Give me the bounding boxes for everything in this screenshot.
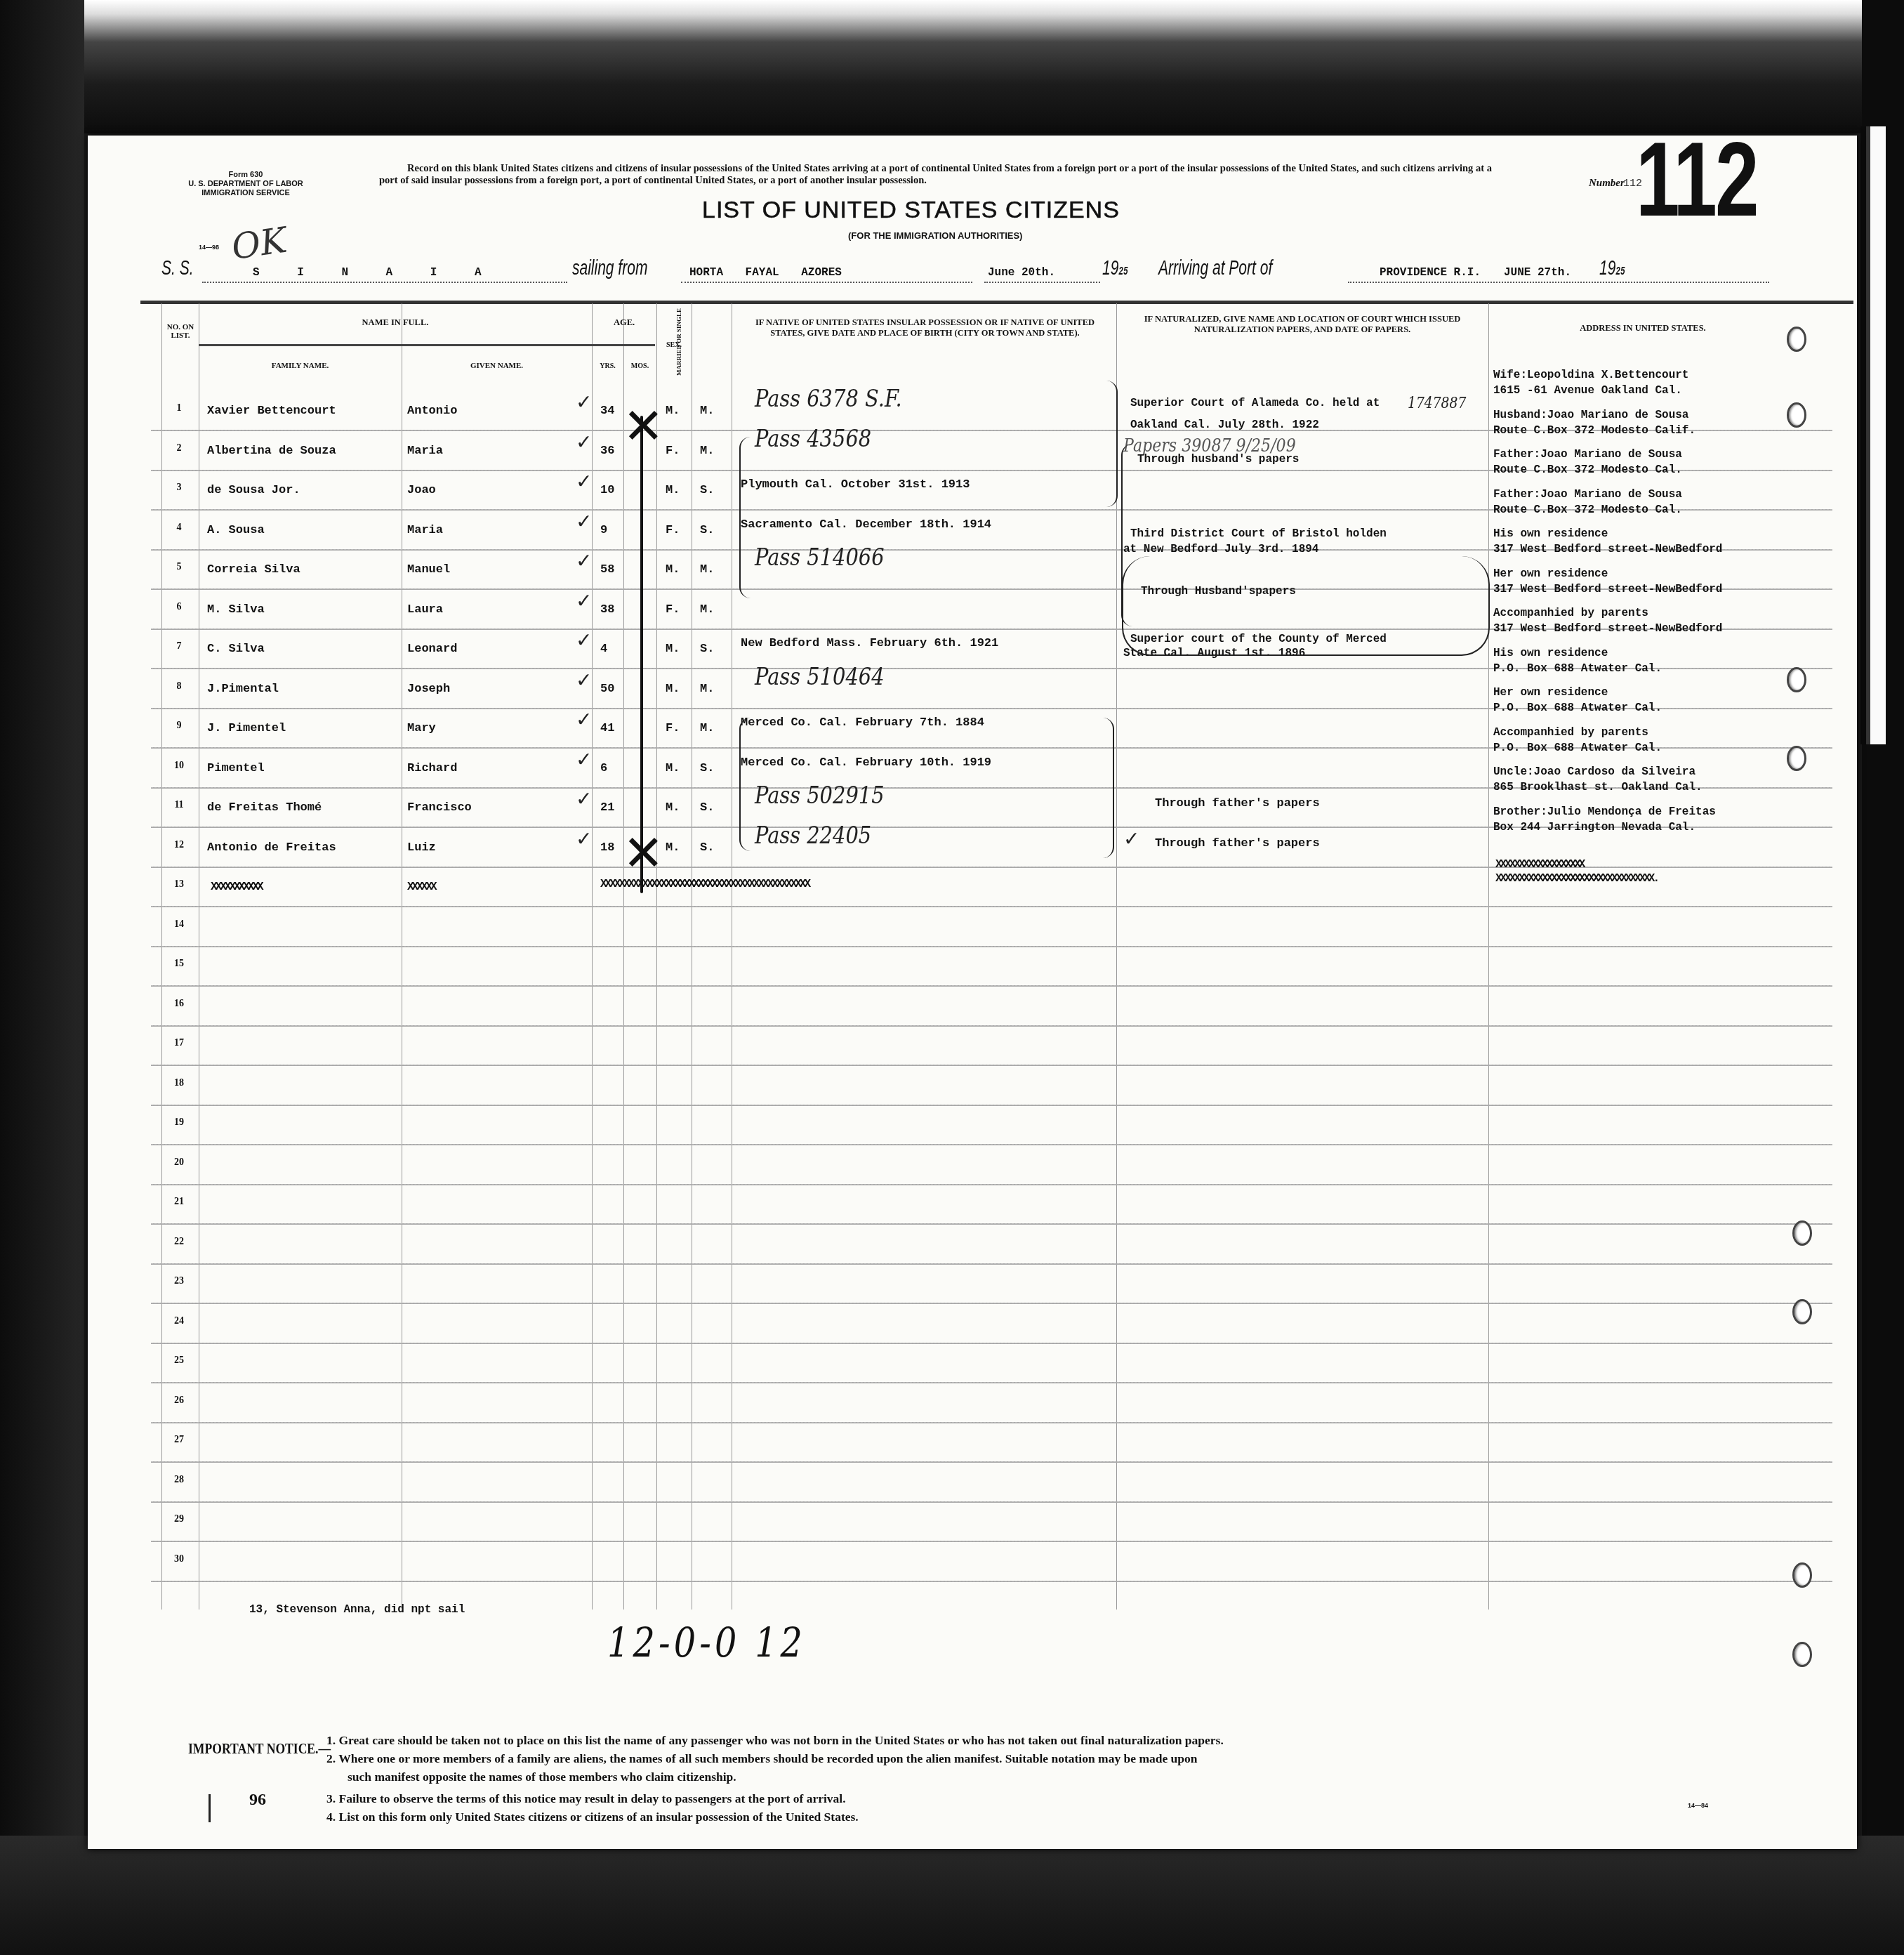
row-rule bbox=[151, 906, 1832, 907]
binding-strip-edge bbox=[1866, 126, 1886, 744]
header-naturalization: IF NATURALIZED, GIVE NAME AND LOCATION O… bbox=[1123, 314, 1481, 335]
given-name: Manuel bbox=[407, 563, 450, 577]
form-number: Form 630 bbox=[168, 171, 323, 180]
check-mark-icon: ✓ bbox=[576, 787, 592, 810]
address-line-2: 317 West Bedford street-NewBedford bbox=[1493, 542, 1722, 556]
arrival-port: PROVIDENCE R.I. bbox=[1380, 266, 1481, 279]
arrival-year-prefix: 19 bbox=[1599, 256, 1615, 279]
row-number: 19 bbox=[165, 1117, 193, 1128]
row-number: 14 bbox=[165, 919, 193, 930]
age-years: 34 bbox=[600, 404, 614, 418]
row-number: 29 bbox=[165, 1514, 193, 1525]
header-address: ADDRESS IN UNITED STATES. bbox=[1488, 323, 1797, 334]
family-bracket bbox=[1092, 718, 1114, 858]
passport-handwritten: Pass 22405 bbox=[755, 822, 871, 850]
scan-border-left bbox=[0, 0, 84, 1955]
notice-item-2: 2. Where one or more members of a family… bbox=[326, 1751, 1198, 1766]
check-mark-icon: ✓ bbox=[576, 510, 592, 533]
address-line-1: Uncle:Joao Cardoso da Silveira bbox=[1493, 765, 1695, 779]
passenger-table: No. on List. Name in Full. Family Name. … bbox=[151, 303, 1832, 1610]
header-mos: Mos. bbox=[623, 361, 656, 371]
sex: M. bbox=[666, 563, 680, 577]
age-years: 50 bbox=[600, 683, 614, 696]
row-number: 4 bbox=[165, 522, 193, 534]
departure-port: HORTA FAYAL AZORES bbox=[689, 266, 842, 279]
row-number: 15 bbox=[165, 959, 193, 970]
age-years: 10 bbox=[600, 484, 614, 497]
notice-item-3: 3. Failure to observe the terms of this … bbox=[326, 1791, 846, 1806]
row-number: 6 bbox=[165, 602, 193, 613]
family-bracket bbox=[739, 718, 762, 851]
row-number: 3 bbox=[165, 482, 193, 494]
arrival-port-field-line bbox=[1348, 282, 1769, 283]
address-line-1: Her own residence bbox=[1493, 685, 1608, 699]
given-name: Luiz bbox=[407, 841, 436, 855]
header-given-name: Given Name. bbox=[402, 361, 592, 371]
row-rule bbox=[151, 1422, 1832, 1423]
row-rule bbox=[151, 1303, 1832, 1304]
departure-year-suffix: 25 bbox=[1118, 265, 1128, 278]
nat-silva-line1: Third District Court of Bristol holden bbox=[1130, 527, 1387, 541]
notice-label: IMPORTANT NOTICE.— bbox=[188, 1742, 331, 1758]
col-divider bbox=[1488, 303, 1489, 1610]
departure-port-field-line bbox=[681, 282, 972, 283]
given-name: Maria bbox=[407, 524, 443, 537]
check-mark-icon: ✓ bbox=[576, 549, 592, 572]
row-rule bbox=[151, 1105, 1832, 1106]
scan-border-top bbox=[0, 0, 1904, 133]
arrival-year-suffix: 25 bbox=[1615, 265, 1625, 278]
row-number: 18 bbox=[165, 1078, 193, 1089]
given-name: Antonio bbox=[407, 404, 457, 418]
given-name: Mary bbox=[407, 722, 436, 735]
arriving-label: Arriving at Port of bbox=[1158, 256, 1272, 280]
punch-hole bbox=[1792, 1642, 1812, 1667]
marital-status: S. bbox=[700, 524, 714, 537]
page-mark: 96 bbox=[249, 1791, 266, 1810]
notice-item-2-cont: such manifest opposite the names of thos… bbox=[348, 1770, 736, 1784]
page-subtitle: (FOR THE IMMIGRATION AUTHORITIES) bbox=[848, 230, 1022, 241]
address-line-2: P.O. Box 688 Atwater Cal. bbox=[1493, 701, 1662, 715]
family-bracket bbox=[1122, 556, 1490, 656]
nat-bettencourt-cert-number: 1747887 bbox=[1408, 395, 1466, 412]
family-name: Correia Silva bbox=[207, 563, 300, 577]
row-rule bbox=[151, 1065, 1832, 1066]
header-no-on-list: No. on List. bbox=[161, 323, 200, 340]
check-mark-icon: ✓ bbox=[576, 390, 592, 414]
age-years: 9 bbox=[600, 524, 607, 537]
family-name: J. Pimentel bbox=[207, 722, 286, 735]
punch-hole bbox=[1787, 667, 1806, 692]
address-line-1: Father:Joao Mariano de Sousa bbox=[1493, 447, 1682, 461]
x-mark-icon: ✕ bbox=[623, 829, 664, 878]
address-line-2: 865 Brooklhast st. Oakland Cal. bbox=[1493, 780, 1703, 794]
check-mark-icon: ✓ bbox=[576, 470, 592, 493]
ss-label: S. S. bbox=[161, 256, 194, 280]
ship-name: S I N A I A bbox=[253, 266, 497, 279]
row-rule bbox=[151, 1223, 1832, 1225]
sex: F. bbox=[666, 603, 680, 617]
sex: M. bbox=[666, 801, 680, 815]
row-number: 10 bbox=[165, 761, 193, 772]
col-divider bbox=[692, 303, 692, 1610]
row-number: 5 bbox=[165, 562, 193, 573]
age-years: 58 bbox=[600, 563, 614, 577]
family-name: C. Silva bbox=[207, 643, 265, 656]
row-rule bbox=[151, 1144, 1832, 1145]
marital-status: S. bbox=[700, 762, 714, 775]
family-name: M. Silva bbox=[207, 603, 265, 617]
struck-family-name: XXXXXXXXXXX bbox=[211, 881, 316, 893]
row-number: 27 bbox=[165, 1435, 193, 1446]
passport-handwritten: Pass 43568 bbox=[755, 425, 871, 453]
row-number: 11 bbox=[165, 800, 193, 811]
footer-code: 14—84 bbox=[1688, 1802, 1708, 1809]
col-divider bbox=[402, 303, 402, 1610]
row-rule bbox=[151, 985, 1832, 987]
row-number: 8 bbox=[165, 681, 193, 692]
sex: M. bbox=[666, 841, 680, 855]
marital-status: S. bbox=[700, 643, 714, 656]
age-years: 18 bbox=[600, 841, 614, 855]
passport-handwritten: Pass 510464 bbox=[755, 663, 885, 691]
passport-handwritten: Pass 6378 S.F. bbox=[755, 385, 902, 413]
given-name: Richard bbox=[407, 762, 457, 775]
marital-status: S. bbox=[700, 801, 714, 815]
header-married-or-single: Married or Single bbox=[674, 303, 685, 381]
nat-bettencourt-line1: Superior Court of Alameda Co. held at bbox=[1130, 396, 1380, 410]
departure-year-prefix: 19 bbox=[1102, 256, 1118, 279]
sex: M. bbox=[666, 484, 680, 497]
check-mark-icon: ✓ bbox=[576, 430, 592, 454]
sex: F. bbox=[666, 445, 680, 458]
col-divider bbox=[161, 303, 162, 1610]
col-divider bbox=[199, 303, 199, 1610]
sex: M. bbox=[666, 762, 680, 775]
form-code: 14—98 bbox=[199, 244, 219, 251]
age-years: 41 bbox=[600, 722, 614, 735]
header-family-name: Family Name. bbox=[199, 361, 402, 371]
address-line-1: Wife:Leopoldina X.Bettencourt bbox=[1493, 368, 1688, 382]
voyage-line: S. S. S I N A I A sailing from HORTA FAY… bbox=[161, 256, 1706, 289]
row-number: 28 bbox=[165, 1475, 193, 1486]
header-name-in-full: Name in Full. bbox=[199, 317, 592, 328]
family-name: Albertina de Souza bbox=[207, 445, 336, 458]
struck-address-1: XXXXXXXXXXXXXXXXXXX bbox=[1495, 858, 1678, 871]
address-line-2: Route C.Box 372 Modesto Calif. bbox=[1493, 423, 1695, 437]
page-mark-bar bbox=[209, 1794, 211, 1822]
form-instructions: Record on this blank United States citiz… bbox=[379, 163, 1509, 187]
check-mark-icon: ✓ bbox=[1123, 827, 1139, 850]
check-mark-icon: ✓ bbox=[576, 748, 592, 771]
given-name: Joseph bbox=[407, 683, 450, 696]
given-name: Laura bbox=[407, 603, 443, 617]
given-name: Leonard bbox=[407, 643, 457, 656]
row-number: 9 bbox=[165, 720, 193, 732]
row-number: 26 bbox=[165, 1395, 193, 1407]
age-years: 38 bbox=[600, 603, 614, 617]
passport-handwritten: Pass 514066 bbox=[755, 544, 885, 572]
given-name: Joao bbox=[407, 484, 436, 497]
nat-souza-typed: Through husband's papers bbox=[1137, 452, 1299, 466]
col-divider bbox=[732, 303, 732, 1610]
row-rule bbox=[151, 1501, 1832, 1503]
marital-status: M. bbox=[700, 404, 714, 418]
punch-hole bbox=[1787, 746, 1806, 771]
marital-status: S. bbox=[700, 841, 714, 855]
address-line-2: Box 244 Jarrington Nevada Cal. bbox=[1493, 820, 1695, 834]
row-rule bbox=[151, 1581, 1832, 1582]
row-number: 20 bbox=[165, 1157, 193, 1169]
department-name: U. S. DEPARTMENT OF LABOR bbox=[168, 180, 323, 189]
marital-status: M. bbox=[700, 603, 714, 617]
col-divider bbox=[623, 303, 624, 1610]
row-number: 2 bbox=[165, 443, 193, 454]
address-line-2: 317 West Bedford street-NewBedford bbox=[1493, 621, 1722, 636]
address-line-1: Husband:Joao Mariano de Sousa bbox=[1493, 408, 1688, 422]
age-years: 36 bbox=[600, 445, 614, 458]
notice-item-1: 1. Great care should be taken not to pla… bbox=[326, 1733, 1224, 1748]
row-number: 1 bbox=[165, 403, 193, 414]
nat-silva-line2: at New Bedford July 3rd. 1894 bbox=[1123, 542, 1318, 556]
handwritten-tally: 12-0-0 12 bbox=[607, 1619, 806, 1666]
address-line-2: P.O. Box 688 Atwater Cal. bbox=[1493, 741, 1662, 755]
struck-given-name: XXXXXX bbox=[407, 881, 463, 893]
sex: F. bbox=[666, 524, 680, 537]
given-name: Francisco bbox=[407, 801, 472, 815]
header-birth-place: IF NATIVE OF UNITED STATES INSULAR POSSE… bbox=[741, 317, 1109, 338]
departure-date: June 20th. bbox=[988, 266, 1055, 279]
row-rule bbox=[151, 1461, 1832, 1463]
check-mark-icon: ✓ bbox=[576, 708, 592, 731]
address-line-2: Route C.Box 372 Modesto Cal. bbox=[1493, 463, 1682, 477]
family-name: J.Pimental bbox=[207, 683, 279, 696]
row-rule bbox=[151, 1184, 1832, 1185]
address-line-2: 1615 -61 Avenue Oakland Cal. bbox=[1493, 383, 1682, 397]
punch-hole bbox=[1787, 402, 1806, 428]
given-name: Maria bbox=[407, 445, 443, 458]
header-age: Age. bbox=[592, 317, 656, 328]
address-line-1: Brother:Julio Mendonça de Freitas bbox=[1493, 805, 1716, 819]
col-divider bbox=[656, 303, 657, 1610]
punch-hole bbox=[1792, 1220, 1812, 1246]
punch-hole bbox=[1787, 327, 1806, 352]
row-rule bbox=[151, 1343, 1832, 1344]
x-mark-icon: ✕ bbox=[623, 402, 664, 451]
age-years: 21 bbox=[600, 801, 614, 815]
notice-item-4: 4. List on this form only United States … bbox=[326, 1810, 859, 1824]
age-years: 6 bbox=[600, 762, 607, 775]
scan-border-bottom bbox=[0, 1836, 1904, 1955]
birth-place-date: Merced Co. Cal. February 7th. 1884 bbox=[741, 716, 984, 730]
birth-place-date: Merced Co. Cal. February 10th. 1919 bbox=[741, 756, 991, 770]
row-number: 30 bbox=[165, 1554, 193, 1565]
address-line-2: P.O. Box 688 Atwater Cal. bbox=[1493, 661, 1662, 676]
row-number: 17 bbox=[165, 1038, 193, 1049]
check-mark-icon: ✓ bbox=[576, 589, 592, 612]
struck-birth-line: XXXXXXXXXXXXXXXXXXXXXXXXXXXXXXXXXXXXXXXX… bbox=[600, 878, 1085, 890]
family-name: Xavier Bettencourt bbox=[207, 404, 336, 418]
sailing-from-label: sailing from bbox=[572, 256, 647, 280]
address-line-2: Route C.Box 372 Modesto Cal. bbox=[1493, 503, 1682, 517]
nat-bettencourt-line2: Oakland Cal. July 28th. 1922 bbox=[1130, 418, 1319, 432]
passport-handwritten: Pass 502915 bbox=[755, 782, 885, 810]
check-mark-icon: ✓ bbox=[576, 827, 592, 850]
row-number: 12 bbox=[165, 840, 193, 851]
address-line-1: Her own residence bbox=[1493, 567, 1608, 581]
row-number: 25 bbox=[165, 1355, 193, 1367]
row-rule bbox=[151, 1263, 1832, 1265]
row-number: 16 bbox=[165, 999, 193, 1010]
punch-hole bbox=[1792, 1562, 1812, 1588]
marital-status: M. bbox=[700, 445, 714, 458]
address-line-1: His own residence bbox=[1493, 527, 1608, 541]
number-stamp: 112 bbox=[1636, 126, 1757, 232]
address-line-2: 317 West Bedford street-NewBedford bbox=[1493, 582, 1722, 596]
marital-status: M. bbox=[700, 722, 714, 735]
family-bracket bbox=[739, 437, 762, 598]
sex: M. bbox=[666, 404, 680, 418]
row-number: 22 bbox=[165, 1237, 193, 1248]
check-mark-icon: ✓ bbox=[576, 628, 592, 652]
family-name: A. Sousa bbox=[207, 524, 265, 537]
not-sailed-note: 13, Stevenson Anna, did npt sail bbox=[249, 1603, 465, 1616]
page-title: LIST OF UNITED STATES CITIZENS bbox=[702, 197, 1120, 224]
sex: M. bbox=[666, 643, 680, 656]
age-years: 4 bbox=[600, 643, 607, 656]
family-name: Pimentel bbox=[207, 762, 265, 775]
col-divider bbox=[592, 303, 593, 1610]
sex: M. bbox=[666, 683, 680, 696]
row-rule bbox=[151, 1541, 1832, 1542]
family-bracket bbox=[1095, 381, 1118, 507]
name-header-rule bbox=[199, 344, 655, 346]
number-label: Number bbox=[1589, 178, 1625, 190]
tally-stroke bbox=[640, 416, 643, 893]
family-name: Antonio de Freitas bbox=[207, 841, 336, 855]
departure-date-field-line bbox=[984, 282, 1100, 283]
birth-place-date: Plymouth Cal. October 31st. 1913 bbox=[741, 478, 970, 492]
row-number: 7 bbox=[165, 641, 193, 652]
check-mark-icon: ✓ bbox=[576, 669, 592, 692]
address-line-1: Accompanhied by parents bbox=[1493, 725, 1648, 739]
birth-place-date: Sacramento Cal. December 18th. 1914 bbox=[741, 518, 991, 532]
row-number: 24 bbox=[165, 1316, 193, 1327]
punch-hole bbox=[1792, 1299, 1812, 1324]
naturalization-note: Through father's papers bbox=[1155, 837, 1320, 850]
header-yrs: Yrs. bbox=[592, 361, 623, 371]
family-name: de Sousa Jor. bbox=[207, 484, 300, 497]
ship-name-field-line bbox=[202, 282, 567, 283]
address-line-1: Accompanhied by parents bbox=[1493, 606, 1648, 620]
arrival-date: JUNE 27th. bbox=[1504, 266, 1571, 279]
family-name: de Freitas Thomé bbox=[207, 801, 322, 815]
form-identifier: Form 630 U. S. DEPARTMENT OF LABOR IMMIG… bbox=[168, 171, 323, 198]
sex: F. bbox=[666, 722, 680, 735]
row-number: 23 bbox=[165, 1276, 193, 1287]
service-name: IMMIGRATION SERVICE bbox=[168, 189, 323, 198]
marital-status: S. bbox=[700, 484, 714, 497]
birth-place-date: New Bedford Mass. February 6th. 1921 bbox=[741, 637, 998, 650]
struck-address-2: XXXXXXXXXXXXXXXXXXXXXXXXXXXXXXXXXX. bbox=[1495, 872, 1818, 885]
marital-status: M. bbox=[700, 683, 714, 696]
row-rule bbox=[151, 1382, 1832, 1383]
row-number: 21 bbox=[165, 1197, 193, 1208]
row-rule bbox=[151, 946, 1832, 947]
address-line-1: Father:Joao Mariano de Sousa bbox=[1493, 487, 1682, 501]
row-number: 13 bbox=[165, 879, 193, 890]
row-rule bbox=[151, 1025, 1832, 1027]
naturalization-note: Through father's papers bbox=[1155, 797, 1320, 810]
arrival-year: 1925 bbox=[1599, 256, 1625, 280]
address-line-1: His own residence bbox=[1493, 646, 1608, 660]
departure-year: 1925 bbox=[1102, 256, 1128, 280]
marital-status: M. bbox=[700, 563, 714, 577]
